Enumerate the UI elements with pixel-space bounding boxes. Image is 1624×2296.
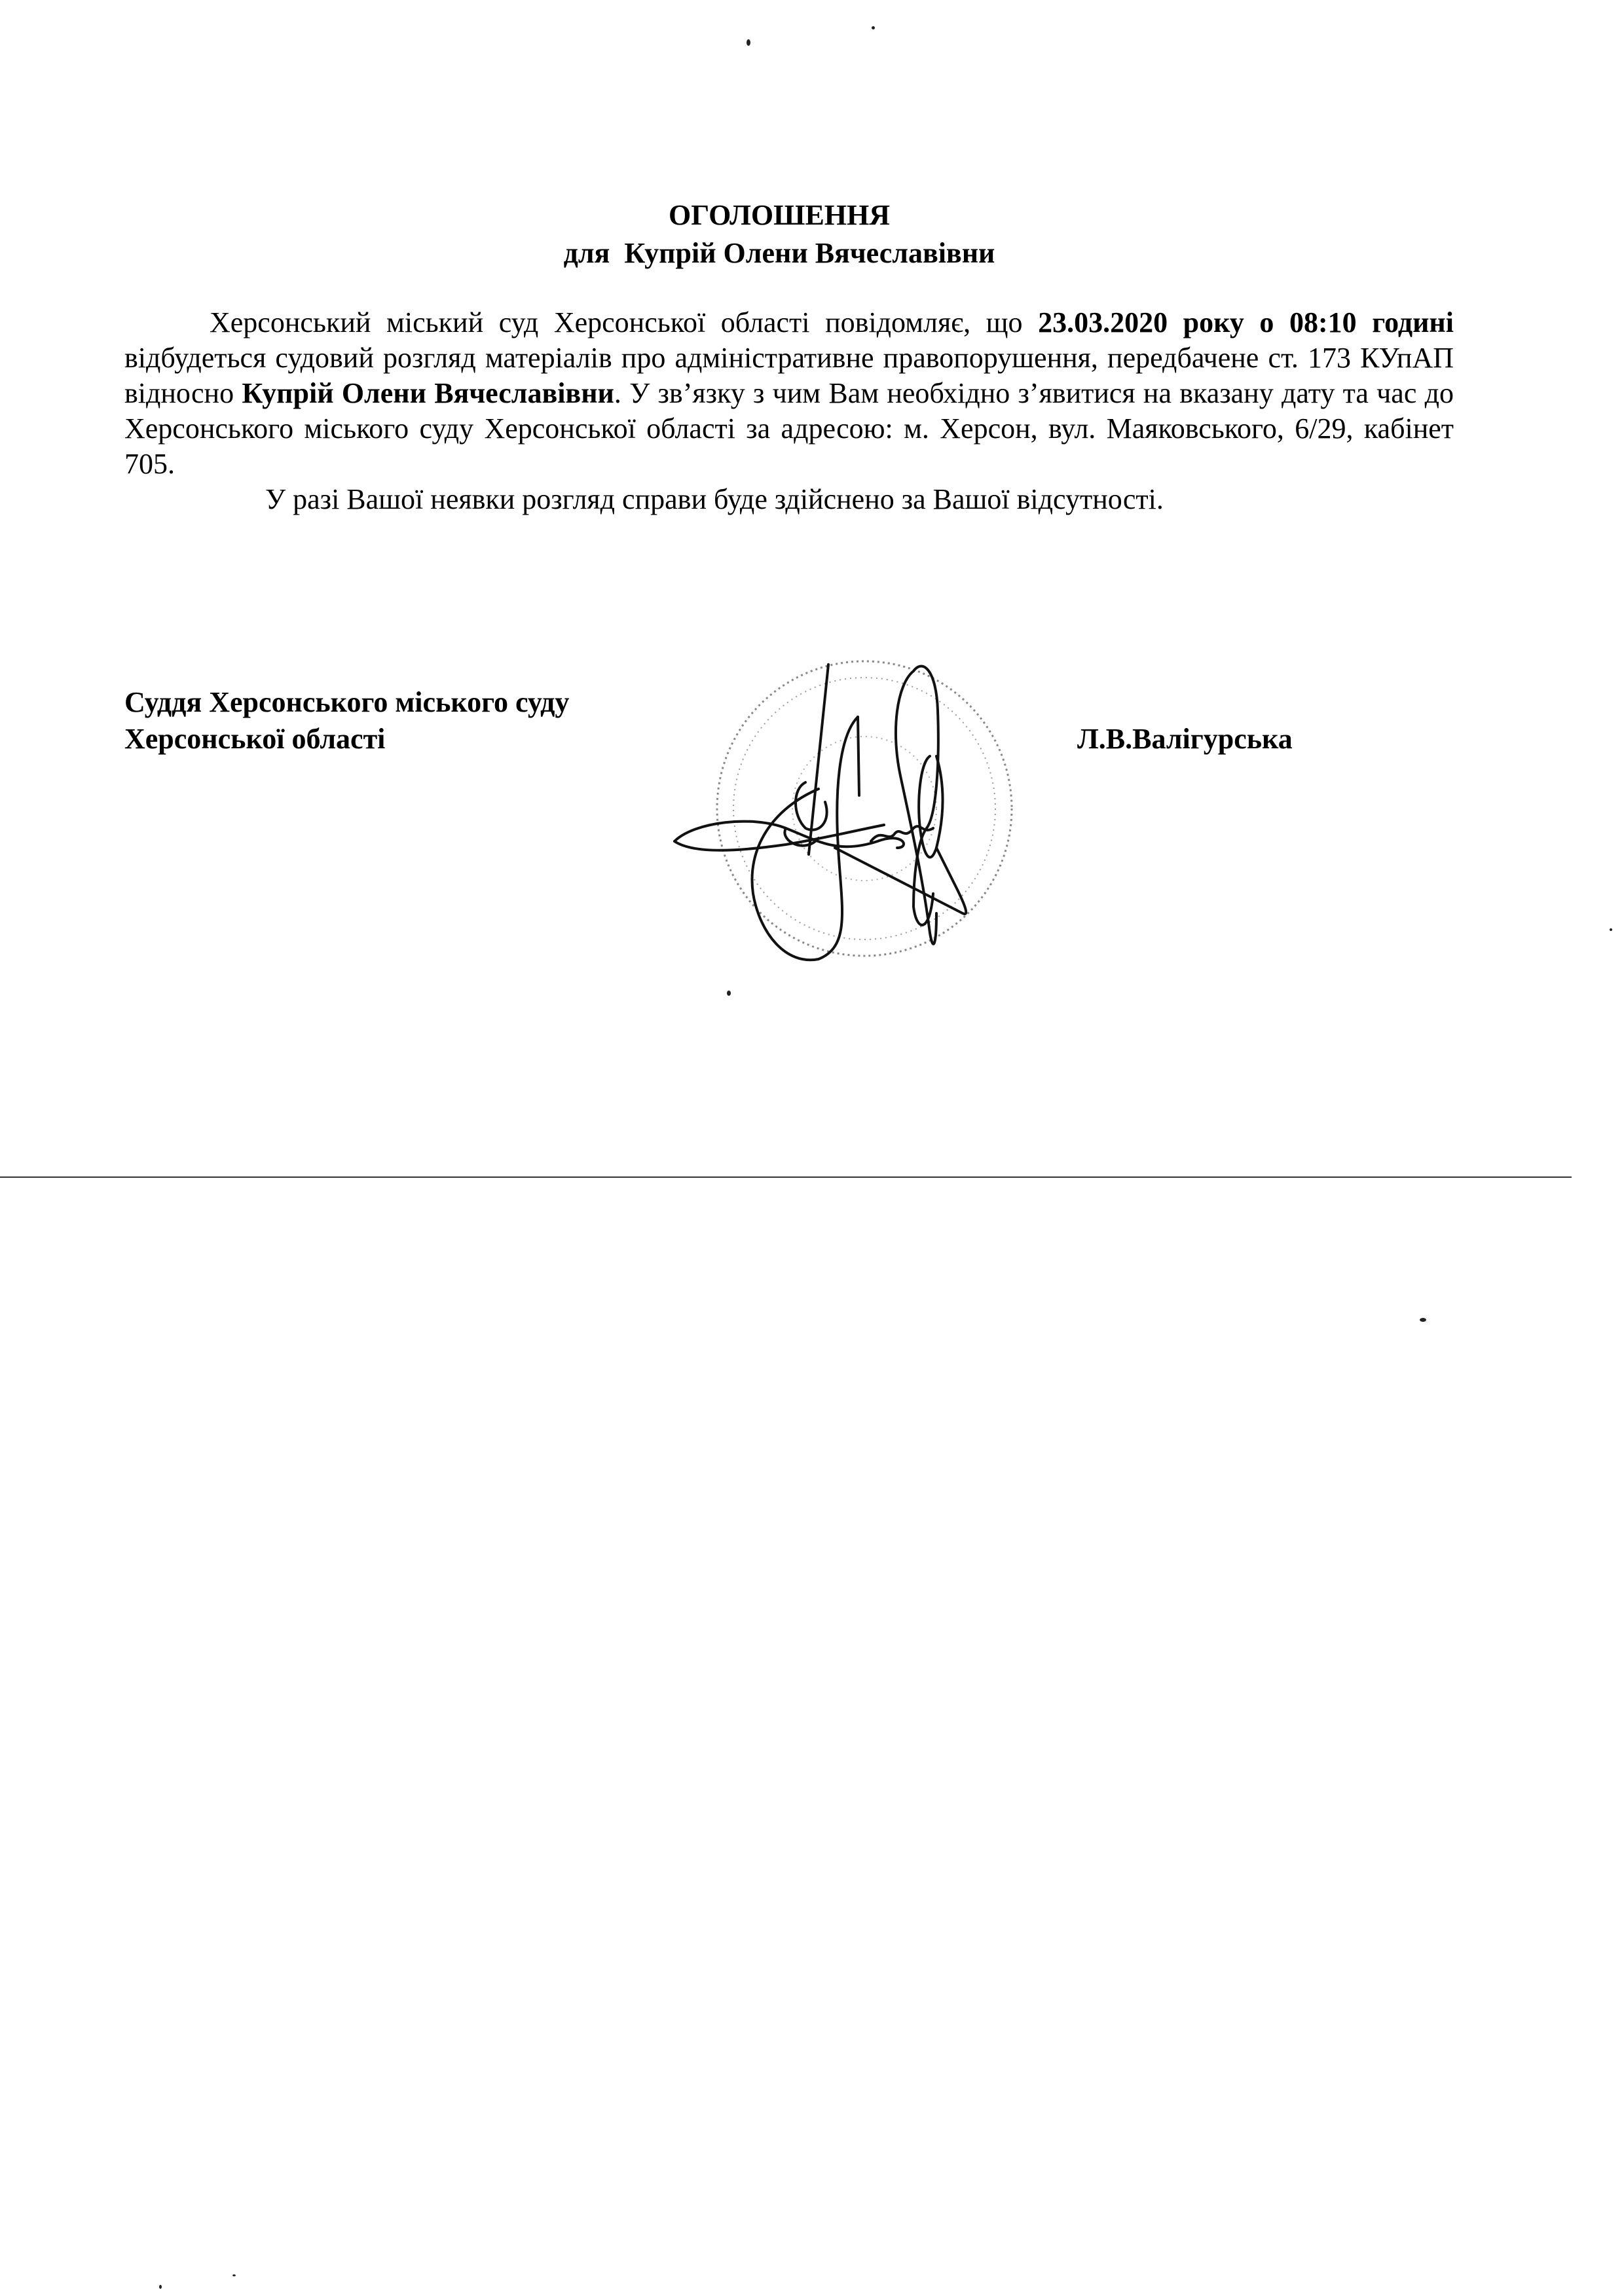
page-fold-line <box>0 1176 1572 1178</box>
document-page: ОГОЛОШЕННЯ для Купрій Олени Вячеславівни… <box>0 0 1624 2296</box>
announcement-body: Херсонський міський суд Херсонської обла… <box>124 305 1454 517</box>
defendant-name: Купрій Олени Вячеславівни <box>242 377 614 409</box>
scan-speck <box>159 2285 162 2289</box>
seal-and-signature-icon <box>655 632 1022 972</box>
scan-speck <box>1420 1318 1426 1322</box>
scan-speck <box>1610 928 1612 931</box>
judge-position-line1: Суддя Херсонського міського суду <box>124 684 569 721</box>
judge-position-line2: Херсонської області <box>124 721 569 757</box>
hearing-date-time: 23.03.2020 року о 08:10 годині <box>1038 306 1454 338</box>
announcement-title: ОГОЛОШЕННЯ <box>0 196 1559 234</box>
hearing-notice-paragraph: Херсонський міський суд Херсонської обла… <box>124 305 1454 482</box>
judge-name: Л.В.Валігурська <box>1077 721 1293 757</box>
notice-text-intro: Херсонський міський суд Херсонської обла… <box>210 306 1038 338</box>
scan-speck <box>872 26 875 29</box>
scan-speck <box>232 2274 236 2276</box>
announcement-header: ОГОЛОШЕННЯ для Купрій Олени Вячеславівни <box>0 196 1559 272</box>
scan-speck <box>727 991 731 996</box>
absence-warning-paragraph: У разі Вашої неявки розгляд справи буде … <box>124 482 1454 517</box>
announcement-recipient: для Купрій Олени Вячеславівни <box>0 234 1559 272</box>
judge-position: Суддя Херсонського міського суду Херсонс… <box>124 684 569 757</box>
scan-speck <box>747 39 750 46</box>
